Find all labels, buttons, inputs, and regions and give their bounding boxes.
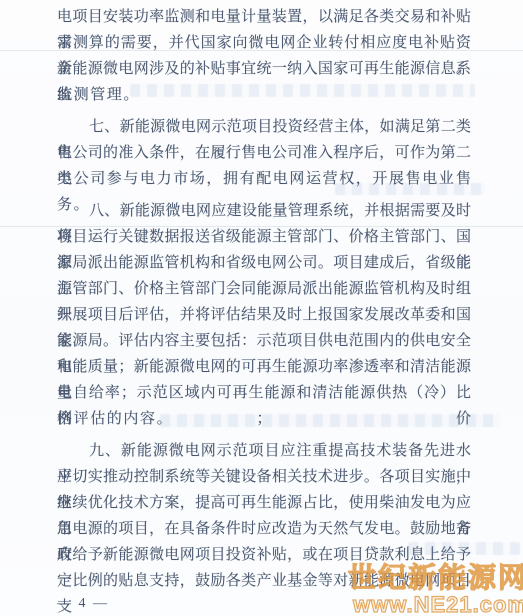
text-line: 能源局。评估内容主要包括：示范项目供电范围内的供电安全和: [57, 328, 471, 354]
text-line: 七、新能源微电网示范项目投资经营主体，如满足第二类售: [57, 114, 471, 140]
text-line: 源局派出能源监管机构和省级电网公司。项目建成后，省级能源: [57, 250, 471, 276]
text-line: 定比例的贴息支持，鼓励各类产业基金等对新能源微电网项目支: [57, 568, 471, 594]
watermark-site-url: www.NE21.com: [348, 594, 523, 616]
text-line: 应切实推动控制系统等关键设备相关技术进步。各项目实施中应: [57, 464, 471, 490]
text-line: 开展项目后评估，并将评估结果及时上报国家发展改革委和国家: [57, 302, 471, 328]
text-line: 府给予新能源微电网项目投资补贴，或在项目贷款利息上给予一: [57, 542, 471, 568]
text-line: 用电源的项目，在具备条件时应改造为天然气发电。鼓励地方政: [57, 516, 471, 542]
text-line: 求测算的需要，并代国家向微电网企业转付相应度电补贴资金。: [57, 30, 471, 56]
text-line: 九、新能源微电网示范项目应注重提高技术装备先进水平，: [57, 438, 471, 464]
text-line: 电项目安装功率监测和电量计量装置，以满足各类交易和补贴需: [57, 4, 471, 30]
text-line: 电能质量；新能源微电网的可再生能源功率渗透率和清洁能源电: [57, 354, 471, 380]
text-line: 继续优化技术方案，提高可再生能源占比，使用柴油发电为应急备: [57, 490, 471, 516]
text-line: 主管部门、价格主管部门会同能源局派出能源监管机构及时组织: [57, 276, 471, 302]
text-line: 监测管理。: [57, 82, 471, 108]
document-page: 电项目安装功率监测和电量计量装置，以满足各类交易和补贴需求测算的需要，并代国家向…: [0, 0, 523, 616]
text-line: 电公司参与电力市场，拥有配电网运营权，开展售电业务。: [57, 166, 471, 192]
text-line: 电公司的准入条件，在履行售电公司准入程序后，可作为第二类售: [57, 140, 471, 166]
text-line: 新能源微电网涉及的补贴事宜统一纳入国家可再生能源信息系统: [57, 56, 471, 82]
paragraph: 电项目安装功率监测和电量计量装置，以满足各类交易和补贴需求测算的需要，并代国家向…: [57, 4, 471, 108]
document-body-text: 电项目安装功率监测和电量计量装置，以满足各类交易和补贴需求测算的需要，并代国家向…: [57, 4, 471, 594]
text-line: 八、新能源微电网应建设能量管理系统，并根据需要及时将: [57, 198, 471, 224]
paragraph: 八、新能源微电网应建设能量管理系统，并根据需要及时将项目运行关键数据报送省级能源…: [57, 198, 471, 432]
paragraph: 九、新能源微电网示范项目应注重提高技术装备先进水平，应切实推动控制系统等关键设备…: [57, 438, 471, 594]
text-line: 项目运行关键数据报送省级能源主管部门、价格主管部门、国家能: [57, 224, 471, 250]
paragraph: 七、新能源微电网示范项目投资经营主体，如满足第二类售电公司的准入条件，在履行售电…: [57, 114, 471, 192]
text-line: 量自给率；示范区域内可再生能源和清洁能源供热（冷）比例；价: [57, 380, 471, 406]
page-number: — 4 —: [57, 596, 109, 612]
